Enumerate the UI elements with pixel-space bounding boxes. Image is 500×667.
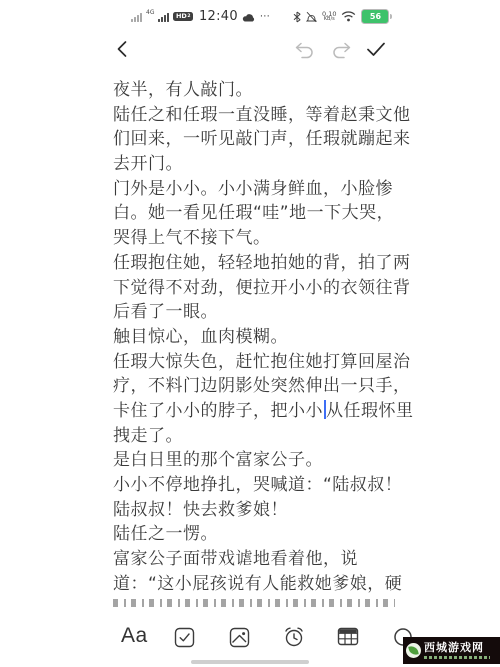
- text-line: 陆任之一愣。: [113, 522, 403, 547]
- text-line: 富家公子面带戏谑地看着他，说: [113, 547, 403, 572]
- text-line: 后看了一眼。: [113, 300, 403, 325]
- text-line: 门外是小小。小小满身鲜血，小脸惨: [113, 177, 403, 202]
- reminder-alarm-button[interactable]: [283, 626, 305, 651]
- text-line: 任瑕抱住她，轻轻地拍她的背，拍了两: [113, 251, 403, 276]
- text-line: 白。她一看见任瑕“哇”地一下大哭，: [113, 201, 403, 226]
- text-line: 拽走了。: [113, 424, 403, 449]
- status-bar: 4G HD2 12:40 ⋯ 0.10 KB/s 56: [0, 0, 500, 30]
- note-text-editor[interactable]: 夜半，有人敲门。 陆任之和任瑕一直没睡，等着赵秉文他 们回来，一听见敲门声，任瑕…: [113, 78, 403, 607]
- text-line: 陆任之和任瑕一直没睡，等着赵秉文他: [113, 103, 403, 128]
- text-line: 小小不停地挣扎，哭喊道：“陆叔叔！: [113, 473, 403, 498]
- text-format-button[interactable]: Aa: [121, 624, 148, 648]
- undo-button[interactable]: [293, 42, 316, 62]
- text-line: 夜半，有人敲门。: [113, 78, 403, 103]
- home-indicator-bar[interactable]: [191, 660, 309, 664]
- status-bar-left: 4G HD2 12:40 ⋯: [131, 9, 270, 24]
- status-more-indicator: ⋯: [260, 11, 270, 22]
- clock-time: 12:40: [199, 9, 238, 24]
- battery-icon: 56: [361, 9, 389, 24]
- hd-label: HD: [176, 13, 187, 20]
- back-button[interactable]: [115, 40, 129, 61]
- network-type-label: 4G: [146, 9, 154, 16]
- signal-strength-icon-sim2: [158, 12, 169, 22]
- signal-strength-icon-sim1: [131, 12, 142, 22]
- text-line: 触目惊心，血肉模糊。: [113, 325, 403, 350]
- hd-sub-label: 2: [187, 15, 190, 20]
- text-line: 任瑕大惊失色，赶忙抱住她打算回屋治: [113, 350, 403, 375]
- site-watermark: 西城游戏网: [403, 637, 500, 664]
- text-line: 哭得上气不接下气。: [113, 226, 403, 251]
- text-segment: 卡住了小小的脖子，把小小: [113, 401, 323, 421]
- battery-cap: [390, 14, 392, 19]
- text-line: 下觉得不对劲，便拉开小小的衣领往背: [113, 276, 403, 301]
- battery-percent: 56: [370, 13, 381, 21]
- redo-button[interactable]: [330, 42, 353, 62]
- text-line: 疗，不料门边阴影处突然伸出一只手，: [113, 374, 403, 399]
- text-line: 去开门。: [113, 152, 403, 177]
- bluetooth-icon: [293, 11, 301, 23]
- insert-table-button[interactable]: [337, 627, 359, 650]
- watermark-subtext: [424, 656, 490, 659]
- watermark-text-block: 西城游戏网: [424, 642, 490, 659]
- text-segment: 从任瑕怀里: [326, 401, 414, 421]
- text-line-with-cursor: 卡住了小小的脖子，把小小从任瑕怀里: [113, 399, 403, 424]
- checklist-button[interactable]: [174, 627, 195, 651]
- insert-image-button[interactable]: [229, 627, 250, 651]
- text-line: 们回来，一听见敲门声，任瑕就蹦起来: [113, 127, 403, 152]
- hd-voice-icon: HD2: [173, 12, 192, 22]
- watermark-leaf-logo: [406, 643, 421, 658]
- clipped-text-line: [113, 599, 395, 607]
- mute-icon: [306, 11, 317, 23]
- text-line: 是白日里的那个富家公子。: [113, 448, 403, 473]
- editor-nav-bar: [0, 34, 500, 68]
- notes-editor-screen: 4G HD2 12:40 ⋯ 0.10 KB/s 56: [0, 0, 500, 667]
- network-speed-unit: KB/s: [324, 17, 335, 22]
- network-speed: 0.10 KB/s: [322, 11, 336, 23]
- save-confirm-button[interactable]: [365, 41, 387, 61]
- wifi-icon: [341, 11, 356, 22]
- text-line: 陆叔叔！快去救爹娘！: [113, 498, 403, 523]
- watermark-title: 西城游戏网: [424, 642, 490, 654]
- text-line: 道：“这小屁孩说有人能救她爹娘，硬: [113, 572, 403, 597]
- status-bar-right: 0.10 KB/s 56: [293, 9, 389, 24]
- weather-icon: [242, 11, 255, 23]
